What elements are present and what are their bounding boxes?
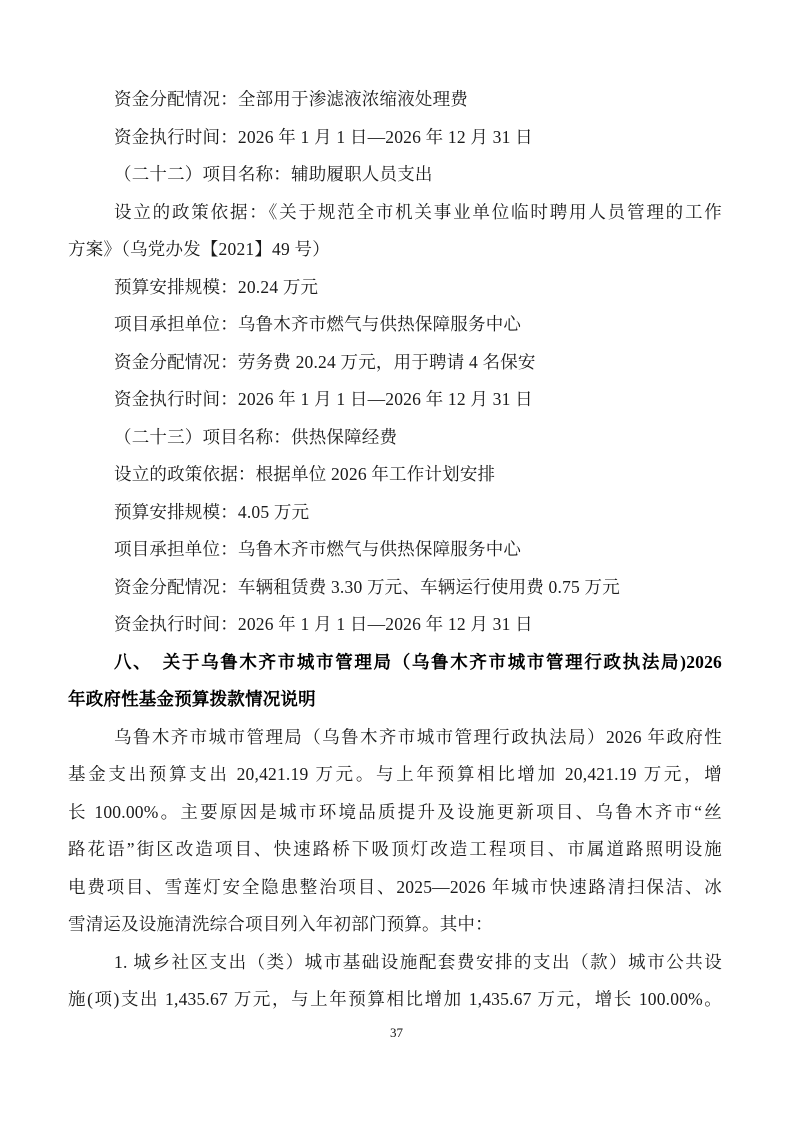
document-line: 路花语”街区改造项目、快速路桥下吸顶灯改造工程项目、市属道路照明设施 <box>68 831 722 869</box>
document-line: 年政府性基金预算拨款情况说明 <box>68 681 722 719</box>
document-line: 资金执行时间：2026 年 1 月 1 日—2026 年 12 月 31 日 <box>68 119 722 157</box>
document-line: 乌鲁木齐市城市管理局（乌鲁木齐市城市管理行政执法局）2026 年政府性 <box>68 719 722 757</box>
document-line: 资金执行时间：2026 年 1 月 1 日—2026 年 12 月 31 日 <box>68 606 722 644</box>
document-line: 资金分配情况：全部用于渗滤液浓缩液处理费 <box>68 81 722 119</box>
document-page: 资金分配情况：全部用于渗滤液浓缩液处理费资金执行时间：2026 年 1 月 1 … <box>0 0 793 1122</box>
document-line: 资金分配情况：车辆租赁费 3.30 万元、车辆运行使用费 0.75 万元 <box>68 569 722 607</box>
document-line: 八、 关于乌鲁木齐市城市管理局（乌鲁木齐市城市管理行政执法局)2026 <box>68 644 722 682</box>
page-number: 37 <box>0 1024 793 1042</box>
document-line: 资金分配情况：劳务费 20.24 万元，用于聘请 4 名保安 <box>68 344 722 382</box>
document-line: 资金执行时间：2026 年 1 月 1 日—2026 年 12 月 31 日 <box>68 381 722 419</box>
document-line: 项目承担单位：乌鲁木齐市燃气与供热保障服务中心 <box>68 531 722 569</box>
document-line: 预算安排规模：4.05 万元 <box>68 494 722 532</box>
document-line: 设立的政策依据：《关于规范全市机关事业单位临时聘用人员管理的工作 <box>68 194 722 232</box>
document-line: 方案》（乌党办发【2021】49 号） <box>68 231 722 269</box>
document-line: （二十三）项目名称：供热保障经费 <box>68 419 722 457</box>
document-line: 施(项)支出 1,435.67 万元，与上年预算相比增加 1,435.67 万元… <box>68 981 722 1019</box>
document-body: 资金分配情况：全部用于渗滤液浓缩液处理费资金执行时间：2026 年 1 月 1 … <box>68 81 722 1019</box>
document-line: 电费项目、雪莲灯安全隐患整治项目、2025—2026 年城市快速路清扫保洁、冰 <box>68 869 722 907</box>
document-line: 设立的政策依据：根据单位 2026 年工作计划安排 <box>68 456 722 494</box>
document-line: （二十二）项目名称：辅助履职人员支出 <box>68 156 722 194</box>
document-line: 1. 城乡社区支出（类）城市基础设施配套费安排的支出（款）城市公共设 <box>68 944 722 982</box>
document-line: 项目承担单位：乌鲁木齐市燃气与供热保障服务中心 <box>68 306 722 344</box>
document-line: 长 100.00%。主要原因是城市环境品质提升及设施更新项目、乌鲁木齐市“丝 <box>68 794 722 832</box>
document-line: 基金支出预算支出 20,421.19 万元。与上年预算相比增加 20,421.1… <box>68 756 722 794</box>
document-line: 雪清运及设施清洗综合项目列入年初部门预算。其中： <box>68 906 722 944</box>
document-line: 预算安排规模：20.24 万元 <box>68 269 722 307</box>
